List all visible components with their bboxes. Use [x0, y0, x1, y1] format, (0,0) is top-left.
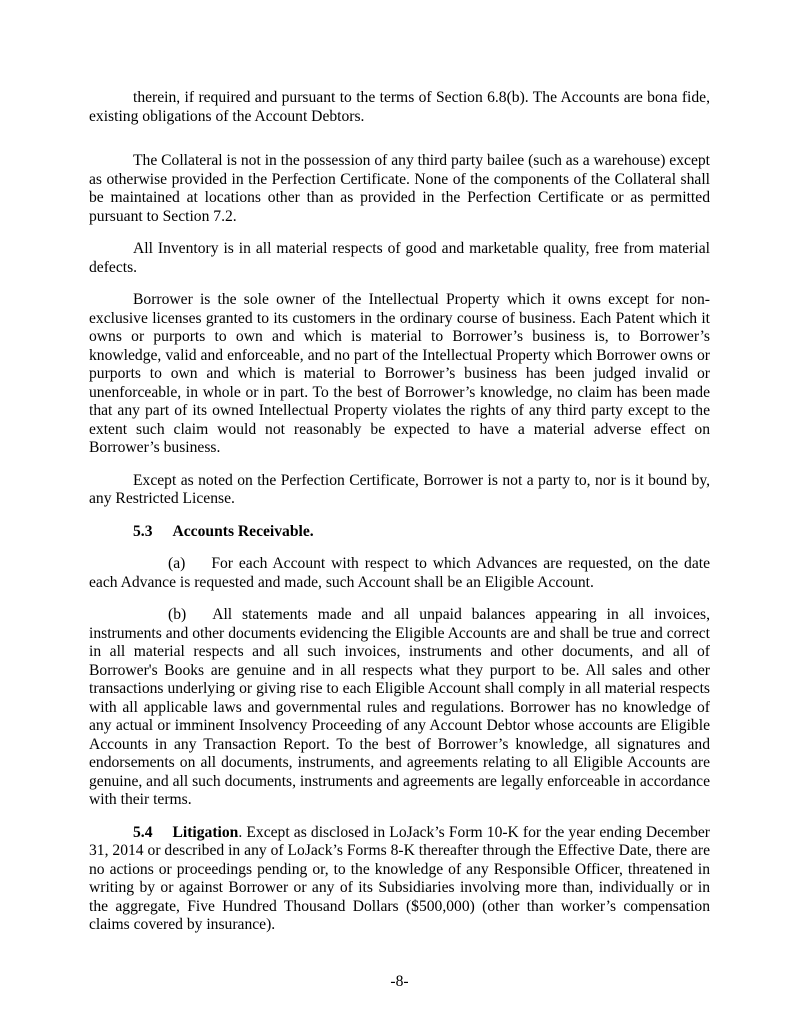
paragraph-restricted-license: Except as noted on the Perfection Certif…	[89, 472, 710, 509]
paragraph-collateral-possession: The Collateral is not in the possession …	[89, 152, 710, 226]
section-5-4-title: Litigation	[173, 824, 239, 841]
paragraph-item-b: (b)All statements made and all unpaid ba…	[89, 606, 710, 810]
item-a-label: (a)	[168, 555, 185, 572]
document-page: therein, if required and pursuant to the…	[0, 0, 799, 1034]
paragraph-section-5-4-litigation: 5.4Litigation. Except as disclosed in Lo…	[89, 824, 710, 935]
section-5-4-number: 5.4	[133, 824, 153, 841]
section-heading-5-3: 5.3Accounts Receivable.	[89, 523, 710, 542]
section-5-3-number: 5.3	[133, 523, 153, 540]
paragraph-item-a: (a)For each Account with respect to whic…	[89, 555, 710, 592]
paragraph-inventory-quality: All Inventory is in all material respect…	[89, 240, 710, 277]
section-5-3-title: Accounts Receivable.	[173, 523, 314, 540]
item-b-text: All statements made and all unpaid balan…	[89, 606, 710, 808]
page-number: -8-	[89, 973, 710, 992]
paragraph-intellectual-property: Borrower is the sole owner of the Intell…	[89, 291, 710, 458]
paragraph-accounts-bona-fide: therein, if required and pursuant to the…	[89, 89, 710, 126]
item-b-label: (b)	[168, 606, 186, 623]
